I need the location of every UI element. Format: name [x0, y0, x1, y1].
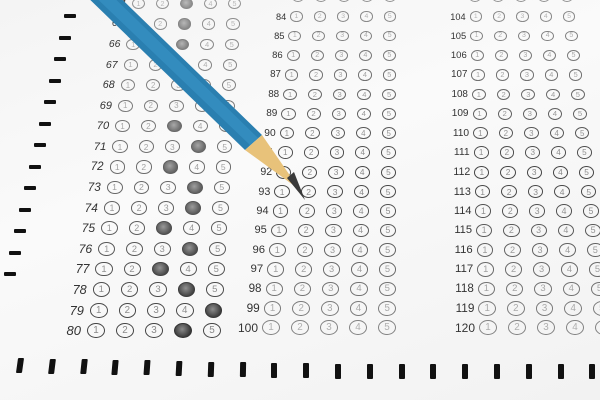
- answer-row: 6612345: [94, 39, 249, 51]
- answer-bubble[interactable]: 3: [156, 221, 172, 235]
- answer-bubble[interactable]: 4: [360, 11, 372, 22]
- answer-bubble[interactable]: 4: [351, 262, 368, 276]
- answer-bubble[interactable]: 3: [178, 18, 191, 29]
- answer-bubble[interactable]: 3: [520, 69, 533, 80]
- answer-bubble[interactable]: 4: [541, 31, 554, 42]
- timing-mark: [239, 362, 245, 377]
- answer-bubble[interactable]: 1: [267, 262, 284, 276]
- answer-bubble[interactable]: 4: [554, 185, 570, 198]
- answer-bubble[interactable]: 3: [531, 224, 547, 238]
- answer-bubble[interactable]: 4: [353, 224, 369, 238]
- answer-bubble[interactable]: 1: [95, 262, 112, 277]
- answer-bubble[interactable]: 5: [585, 224, 600, 238]
- answer-bubble[interactable]: 2: [498, 108, 512, 120]
- answer-bubble[interactable]: 1: [112, 140, 127, 153]
- answer-bubble[interactable]: 3: [322, 282, 339, 297]
- answer-bubble[interactable]: 3: [516, 11, 528, 22]
- answer-bubble[interactable]: 3: [324, 243, 341, 257]
- answer-bubble[interactable]: 3: [149, 282, 166, 297]
- answer-bubble[interactable]: 2: [314, 11, 326, 22]
- question-number: 96: [235, 244, 265, 256]
- answer-bubble[interactable]: 5: [383, 50, 396, 61]
- answer-bubble[interactable]: 3: [147, 303, 165, 318]
- answer-row: 12012345: [445, 320, 600, 335]
- answer-bubble[interactable]: 5: [579, 166, 594, 179]
- answer-bubble[interactable]: 2: [292, 301, 310, 316]
- timing-mark: [39, 122, 51, 126]
- answer-bubble[interactable]: 2: [494, 31, 507, 42]
- answer-bubble[interactable]: 1: [121, 79, 135, 91]
- answer-bubble[interactable]: 2: [124, 262, 141, 277]
- answer-bubble[interactable]: 1: [473, 127, 487, 139]
- answer-bubble[interactable]: 4: [551, 146, 566, 159]
- answer-bubble[interactable]: 3: [167, 120, 182, 133]
- answer-bubble[interactable]: 5: [211, 221, 227, 235]
- question-number: 90: [246, 128, 276, 139]
- answer-bubble[interactable]: 4: [356, 127, 370, 139]
- answer-bubble[interactable]: 1: [281, 108, 295, 120]
- answer-bubble[interactable]: 1: [118, 100, 133, 112]
- answer-bubble[interactable]: 3: [320, 320, 338, 335]
- answer-bubble[interactable]: 5: [382, 127, 396, 139]
- answer-bubble[interactable]: 4: [559, 243, 576, 257]
- answer-bubble[interactable]: 4: [359, 50, 372, 61]
- answer-bubble[interactable]: 1: [271, 224, 287, 238]
- timing-mark: [176, 361, 183, 376]
- answer-bubble[interactable]: 1: [124, 59, 138, 71]
- answer-bubble[interactable]: 5: [206, 282, 223, 297]
- answer-bubble[interactable]: 2: [116, 323, 134, 338]
- timing-mark: [303, 363, 309, 378]
- answer-bubble[interactable]: 4: [185, 201, 201, 215]
- answer-bubble[interactable]: 3: [529, 204, 545, 218]
- answer-bubble[interactable]: 1: [472, 89, 486, 101]
- answer-bubble[interactable]: 5: [591, 282, 600, 297]
- answer-bubble[interactable]: 2: [121, 282, 138, 297]
- question-number: 79: [58, 303, 84, 318]
- answer-bubble[interactable]: 5: [379, 282, 396, 297]
- answer-bubble[interactable]: 4: [349, 320, 367, 335]
- answer-bubble[interactable]: 1: [292, 0, 304, 2]
- answer-bubble[interactable]: 5: [593, 301, 600, 316]
- answer-bubble[interactable]: 5: [569, 69, 582, 80]
- answer-bubble[interactable]: 2: [297, 243, 314, 257]
- answer-bubble[interactable]: 1: [278, 146, 293, 159]
- answer-bubble[interactable]: 4: [195, 100, 210, 112]
- timing-mark: [29, 165, 41, 169]
- answer-bubble[interactable]: 3: [330, 146, 345, 159]
- answer-row: 11212345: [440, 166, 600, 179]
- answer-bubble[interactable]: 5: [383, 31, 396, 42]
- answer-bubble[interactable]: 5: [381, 146, 396, 159]
- answer-bubble[interactable]: 4: [563, 282, 580, 297]
- answer-bubble[interactable]: 5: [214, 181, 230, 194]
- answer-bubble[interactable]: 3: [336, 31, 349, 42]
- answer-bubble[interactable]: 5: [382, 89, 396, 101]
- answer-bubble[interactable]: 5: [219, 120, 234, 133]
- answer-bubble[interactable]: 4: [561, 262, 578, 276]
- answer-bubble[interactable]: 2: [146, 79, 160, 91]
- question-number: 116: [443, 244, 473, 256]
- answer-bubble[interactable]: 3: [163, 160, 179, 173]
- answer-bubble[interactable]: 1: [132, 0, 145, 9]
- answer-bubble[interactable]: 3: [527, 166, 542, 179]
- answer-bubble[interactable]: 5: [380, 185, 396, 198]
- answer-bubble[interactable]: 5: [380, 204, 396, 218]
- question-number: 66: [94, 39, 120, 50]
- answer-bubble[interactable]: 2: [499, 127, 513, 139]
- answer-bubble[interactable]: 3: [519, 50, 532, 61]
- answer-bubble[interactable]: 1: [90, 303, 108, 318]
- answer-bubble[interactable]: 1: [470, 31, 483, 42]
- answer-bubble[interactable]: 1: [474, 146, 489, 159]
- question-number: 114: [441, 205, 471, 217]
- answer-bubble[interactable]: 5: [381, 166, 396, 179]
- answer-bubble[interactable]: 2: [311, 50, 324, 61]
- answer-bubble[interactable]: 3: [325, 224, 341, 238]
- answer-bubble[interactable]: 3: [331, 127, 345, 139]
- answer-row: 7812345: [61, 282, 235, 297]
- answer-bubble[interactable]: 4: [556, 204, 572, 218]
- answer-bubble[interactable]: 2: [503, 224, 519, 238]
- answer-bubble[interactable]: 1: [98, 242, 115, 256]
- answer-bubble[interactable]: 2: [497, 89, 511, 101]
- answer-bubble[interactable]: 2: [315, 0, 327, 2]
- answer-bubble[interactable]: 1: [126, 39, 140, 51]
- answer-bubble[interactable]: 4: [354, 185, 370, 198]
- answer-bubble[interactable]: 2: [505, 262, 522, 276]
- answer-bubble[interactable]: 5: [383, 69, 396, 80]
- answer-bubble[interactable]: 2: [136, 160, 152, 173]
- answer-bubble[interactable]: 2: [493, 11, 505, 22]
- answer-bubble[interactable]: 1: [290, 11, 302, 22]
- answer-bubble[interactable]: 2: [291, 320, 309, 335]
- answer-bubble[interactable]: 2: [492, 0, 504, 2]
- answer-bubble[interactable]: 5: [575, 127, 589, 139]
- answer-bubble[interactable]: 1: [115, 120, 130, 133]
- question-number: 85: [254, 31, 284, 41]
- answer-bubble[interactable]: 5: [581, 185, 597, 198]
- answer-bubble[interactable]: 1: [471, 69, 484, 80]
- answer-bubble[interactable]: 4: [180, 262, 197, 277]
- answer-bubble[interactable]: 1: [101, 221, 117, 235]
- answer-bubble[interactable]: 2: [149, 59, 163, 71]
- answer-bubble[interactable]: 2: [119, 303, 137, 318]
- answer-bubble[interactable]: 2: [129, 221, 145, 235]
- answer-bubble[interactable]: 2: [126, 242, 143, 256]
- answer-bubble[interactable]: 3: [537, 320, 555, 335]
- answer-bubble[interactable]: 4: [352, 243, 369, 257]
- answer-bubble[interactable]: 1: [477, 243, 494, 257]
- answer-bubble[interactable]: 2: [139, 140, 154, 153]
- answer-bubble[interactable]: 5: [567, 50, 580, 61]
- answer-bubble[interactable]: 4: [550, 127, 564, 139]
- answer-bubble[interactable]: 1: [478, 282, 495, 297]
- answer-bubble[interactable]: 5: [226, 18, 239, 29]
- answer-bubble[interactable]: 1: [262, 320, 280, 335]
- answer-bubble[interactable]: 1: [280, 127, 294, 139]
- answer-bubble[interactable]: 3: [323, 262, 340, 276]
- answer-bubble[interactable]: 3: [533, 262, 550, 276]
- answer-bubble[interactable]: 1: [129, 18, 142, 29]
- answer-bubble[interactable]: 2: [134, 181, 150, 194]
- answer-bubble[interactable]: 5: [384, 0, 396, 2]
- answer-bubble[interactable]: 4: [178, 282, 195, 297]
- answer-bubble[interactable]: 3: [524, 127, 538, 139]
- answer-bubble[interactable]: 3: [534, 282, 551, 297]
- answer-bubble[interactable]: 5: [220, 100, 235, 112]
- answer-bubble[interactable]: 4: [361, 0, 373, 2]
- answer-bubble[interactable]: 4: [189, 160, 205, 173]
- answer-bubble[interactable]: 3: [327, 185, 343, 198]
- answer-bubble[interactable]: 2: [305, 127, 319, 139]
- answer-bubble[interactable]: 5: [228, 0, 241, 9]
- answer-bubble[interactable]: 1: [475, 185, 491, 198]
- answer-bubble[interactable]: 3: [337, 11, 349, 22]
- answer-bubble[interactable]: 2: [131, 201, 147, 215]
- answer-bubble[interactable]: 5: [222, 79, 236, 91]
- answer-row: 11612345: [443, 243, 600, 257]
- answer-bubble[interactable]: 2: [309, 69, 322, 80]
- answer-bubble[interactable]: 1: [474, 166, 489, 179]
- answer-bubble[interactable]: 2: [304, 146, 319, 159]
- answer-bubble[interactable]: 4: [200, 39, 214, 51]
- answer-bubble[interactable]: 3: [515, 0, 527, 2]
- timing-mark: [112, 360, 119, 375]
- answer-bubble[interactable]: 5: [379, 262, 396, 276]
- answer-bubble[interactable]: 1: [478, 301, 496, 316]
- answer-bubble[interactable]: 4: [193, 120, 208, 133]
- answer-bubble[interactable]: 1: [287, 50, 300, 61]
- answer-bubble[interactable]: 4: [202, 18, 215, 29]
- answer-bubble[interactable]: 5: [380, 224, 396, 238]
- answer-bubble[interactable]: 1: [473, 108, 487, 120]
- answer-bubble[interactable]: 4: [543, 50, 556, 61]
- answer-bubble[interactable]: 3: [334, 69, 347, 80]
- question-number: 98: [232, 282, 262, 295]
- answer-bubble[interactable]: 4: [197, 79, 211, 91]
- answer-bubble[interactable]: 1: [469, 0, 481, 2]
- answer-bubble[interactable]: 4: [357, 89, 371, 101]
- answer-bubble[interactable]: 3: [518, 31, 531, 42]
- answer-bubble[interactable]: 1: [479, 320, 497, 335]
- answer-bubble[interactable]: 3: [160, 181, 176, 194]
- answer-row: 6512345: [97, 18, 251, 29]
- answer-bubble[interactable]: 2: [294, 282, 311, 297]
- answer-bubble[interactable]: 2: [302, 166, 317, 179]
- answer-bubble[interactable]: 5: [382, 108, 396, 120]
- answer-bubble[interactable]: 3: [165, 140, 180, 153]
- answer-bubble[interactable]: 2: [506, 282, 523, 297]
- question-number: 103: [435, 0, 465, 2]
- answer-bubble[interactable]: 4: [545, 69, 558, 80]
- answer-bubble[interactable]: 3: [333, 89, 347, 101]
- answer-bubble[interactable]: 3: [145, 323, 163, 338]
- answer-bubble[interactable]: 1: [269, 243, 286, 257]
- answer-bubble[interactable]: 4: [358, 69, 371, 80]
- answer-bubble[interactable]: 5: [225, 39, 239, 51]
- answer-bubble[interactable]: 3: [523, 108, 537, 120]
- answer-bubble[interactable]: 1: [87, 323, 105, 338]
- answer-bubble[interactable]: 2: [295, 262, 312, 276]
- answer-bubble[interactable]: 2: [307, 108, 321, 120]
- answer-bubble[interactable]: 2: [298, 224, 314, 238]
- question-number: 119: [444, 301, 474, 315]
- timing-mark: [494, 364, 500, 379]
- answer-bubble[interactable]: 1: [93, 282, 110, 297]
- answer-bubble[interactable]: 5: [583, 204, 599, 218]
- question-number: 72: [78, 161, 104, 173]
- answer-bubble[interactable]: 5: [203, 323, 221, 338]
- answer-bubble[interactable]: 5: [563, 11, 575, 22]
- answer-bubble[interactable]: 5: [212, 201, 228, 215]
- answer-bubble[interactable]: 4: [355, 166, 370, 179]
- answer-bubble[interactable]: 1: [274, 185, 290, 198]
- answer-bubble[interactable]: 1: [471, 50, 484, 61]
- answer-bubble[interactable]: 3: [169, 100, 184, 112]
- answer-bubble[interactable]: 4: [357, 108, 371, 120]
- answer-bubble[interactable]: 5: [384, 11, 396, 22]
- answer-bubble[interactable]: 2: [301, 185, 317, 198]
- answer-bubble[interactable]: 3: [158, 201, 174, 215]
- answer-bubble[interactable]: 1: [273, 204, 289, 218]
- answer-row: 8612345: [253, 50, 407, 61]
- answer-bubble[interactable]: 5: [561, 0, 573, 2]
- answer-bubble[interactable]: 4: [182, 242, 199, 256]
- answer-bubble[interactable]: 1: [104, 201, 120, 215]
- answer-bubble[interactable]: 4: [353, 204, 369, 218]
- question-number: 83: [258, 0, 288, 2]
- answer-bubble[interactable]: 2: [501, 185, 517, 198]
- answer-bubble[interactable]: 1: [288, 31, 301, 42]
- answer-bubble[interactable]: 4: [566, 320, 584, 335]
- answer-bubble[interactable]: 5: [379, 243, 396, 257]
- answer-bubble[interactable]: 4: [187, 181, 203, 194]
- answer-bubble[interactable]: 3: [171, 79, 185, 91]
- answer-bubble[interactable]: 3: [321, 301, 339, 316]
- answer-bubble[interactable]: 1: [283, 89, 297, 101]
- answer-bubble[interactable]: 3: [525, 146, 540, 159]
- answer-bubble[interactable]: 2: [299, 204, 315, 218]
- answer-row: 11012345: [439, 127, 600, 139]
- answer-bubble[interactable]: 2: [308, 89, 322, 101]
- answer-bubble[interactable]: 1: [107, 181, 123, 194]
- answer-bubble[interactable]: 3: [326, 204, 342, 218]
- answer-bubble[interactable]: 3: [532, 243, 549, 257]
- answer-bubble[interactable]: 5: [223, 59, 237, 71]
- answer-bubble[interactable]: 4: [538, 0, 550, 2]
- answer-bubble[interactable]: 4: [548, 108, 562, 120]
- answer-bubble[interactable]: 1: [477, 262, 494, 276]
- answer-bubble[interactable]: 3: [176, 39, 190, 51]
- answer-bubble[interactable]: 1: [475, 204, 491, 218]
- answer-bubble[interactable]: 2: [500, 146, 515, 159]
- answer-bubble[interactable]: 5: [209, 242, 226, 256]
- answer-row: 9912345: [230, 301, 407, 316]
- answer-bubble[interactable]: 1: [276, 166, 291, 179]
- answer-bubble[interactable]: 3: [173, 59, 187, 71]
- answer-bubble[interactable]: 2: [508, 320, 526, 335]
- answer-bubble[interactable]: 5: [378, 320, 396, 335]
- answer-bubble[interactable]: 4: [350, 301, 368, 316]
- answer-bubble[interactable]: 4: [355, 146, 370, 159]
- answer-bubble[interactable]: 3: [528, 185, 544, 198]
- answer-bubble[interactable]: 2: [156, 0, 169, 9]
- answer-bubble[interactable]: 5: [573, 108, 587, 120]
- answer-row: 9512345: [237, 224, 407, 238]
- answer-bubble[interactable]: 4: [176, 303, 194, 318]
- answer-bubble[interactable]: 4: [183, 221, 199, 235]
- answer-bubble[interactable]: 2: [144, 100, 159, 112]
- answer-bubble[interactable]: 4: [174, 323, 192, 338]
- answer-bubble[interactable]: 4: [546, 89, 560, 101]
- answer-bubble[interactable]: 5: [208, 262, 225, 277]
- answer-bubble[interactable]: 5: [565, 31, 578, 42]
- answer-bubble[interactable]: 4: [204, 0, 217, 9]
- answer-bubble[interactable]: 3: [154, 242, 171, 256]
- answer-row: 9312345: [240, 185, 407, 198]
- answer-bubble[interactable]: 4: [564, 301, 582, 316]
- answer-bubble[interactable]: 2: [504, 243, 521, 257]
- answer-bubble[interactable]: 1: [264, 301, 282, 316]
- answer-bubble[interactable]: 4: [540, 11, 552, 22]
- answer-bubble[interactable]: 2: [312, 31, 325, 42]
- answer-bubble[interactable]: 2: [141, 120, 156, 133]
- answer-bubble[interactable]: 2: [154, 18, 167, 29]
- answer-bubble[interactable]: 3: [328, 166, 343, 179]
- answer-bubble[interactable]: 5: [217, 140, 232, 153]
- answer-bubble[interactable]: 1: [285, 69, 298, 80]
- answer-bubble[interactable]: 4: [191, 140, 206, 153]
- question-number: 92: [242, 166, 272, 178]
- answer-bubble[interactable]: 2: [495, 50, 508, 61]
- answer-bubble[interactable]: 4: [558, 224, 574, 238]
- answer-bubble[interactable]: 5: [587, 243, 600, 257]
- answer-bubble[interactable]: 3: [536, 301, 554, 316]
- question-number: 93: [240, 186, 270, 198]
- answer-bubble[interactable]: 1: [110, 160, 126, 173]
- answer-bubble[interactable]: 2: [507, 301, 525, 316]
- answer-bubble[interactable]: 5: [216, 160, 232, 173]
- answer-bubble[interactable]: 3: [521, 89, 535, 101]
- answer-bubble[interactable]: 4: [553, 166, 568, 179]
- answer-bubble[interactable]: 2: [502, 204, 518, 218]
- answer-bubble[interactable]: 4: [360, 31, 373, 42]
- answer-row: 7612345: [66, 242, 237, 256]
- answer-bubble[interactable]: 5: [571, 89, 585, 101]
- answer-bubble[interactable]: 5: [205, 303, 223, 318]
- answer-bubble[interactable]: 3: [152, 262, 169, 277]
- answer-bubble[interactable]: 3: [335, 50, 348, 61]
- answer-bubble[interactable]: 5: [589, 262, 600, 276]
- answer-bubble[interactable]: 5: [378, 301, 396, 316]
- answer-bubble[interactable]: 3: [180, 0, 193, 9]
- answer-bubble[interactable]: 5: [595, 320, 600, 335]
- answer-bubble[interactable]: 5: [577, 146, 592, 159]
- answer-bubble[interactable]: 1: [266, 282, 283, 297]
- answer-bubble[interactable]: 1: [476, 224, 492, 238]
- answer-bubble[interactable]: 3: [338, 0, 350, 2]
- answer-bubble[interactable]: 3: [332, 108, 346, 120]
- answer-bubble[interactable]: 1: [470, 11, 482, 22]
- timing-mark: [526, 364, 532, 379]
- answer-bubble[interactable]: 4: [198, 59, 212, 71]
- answer-bubble[interactable]: 2: [151, 39, 165, 51]
- answer-bubble[interactable]: 2: [500, 166, 515, 179]
- answer-bubble[interactable]: 4: [350, 282, 367, 297]
- answer-bubble[interactable]: 2: [496, 69, 509, 80]
- question-number: 87: [251, 69, 281, 80]
